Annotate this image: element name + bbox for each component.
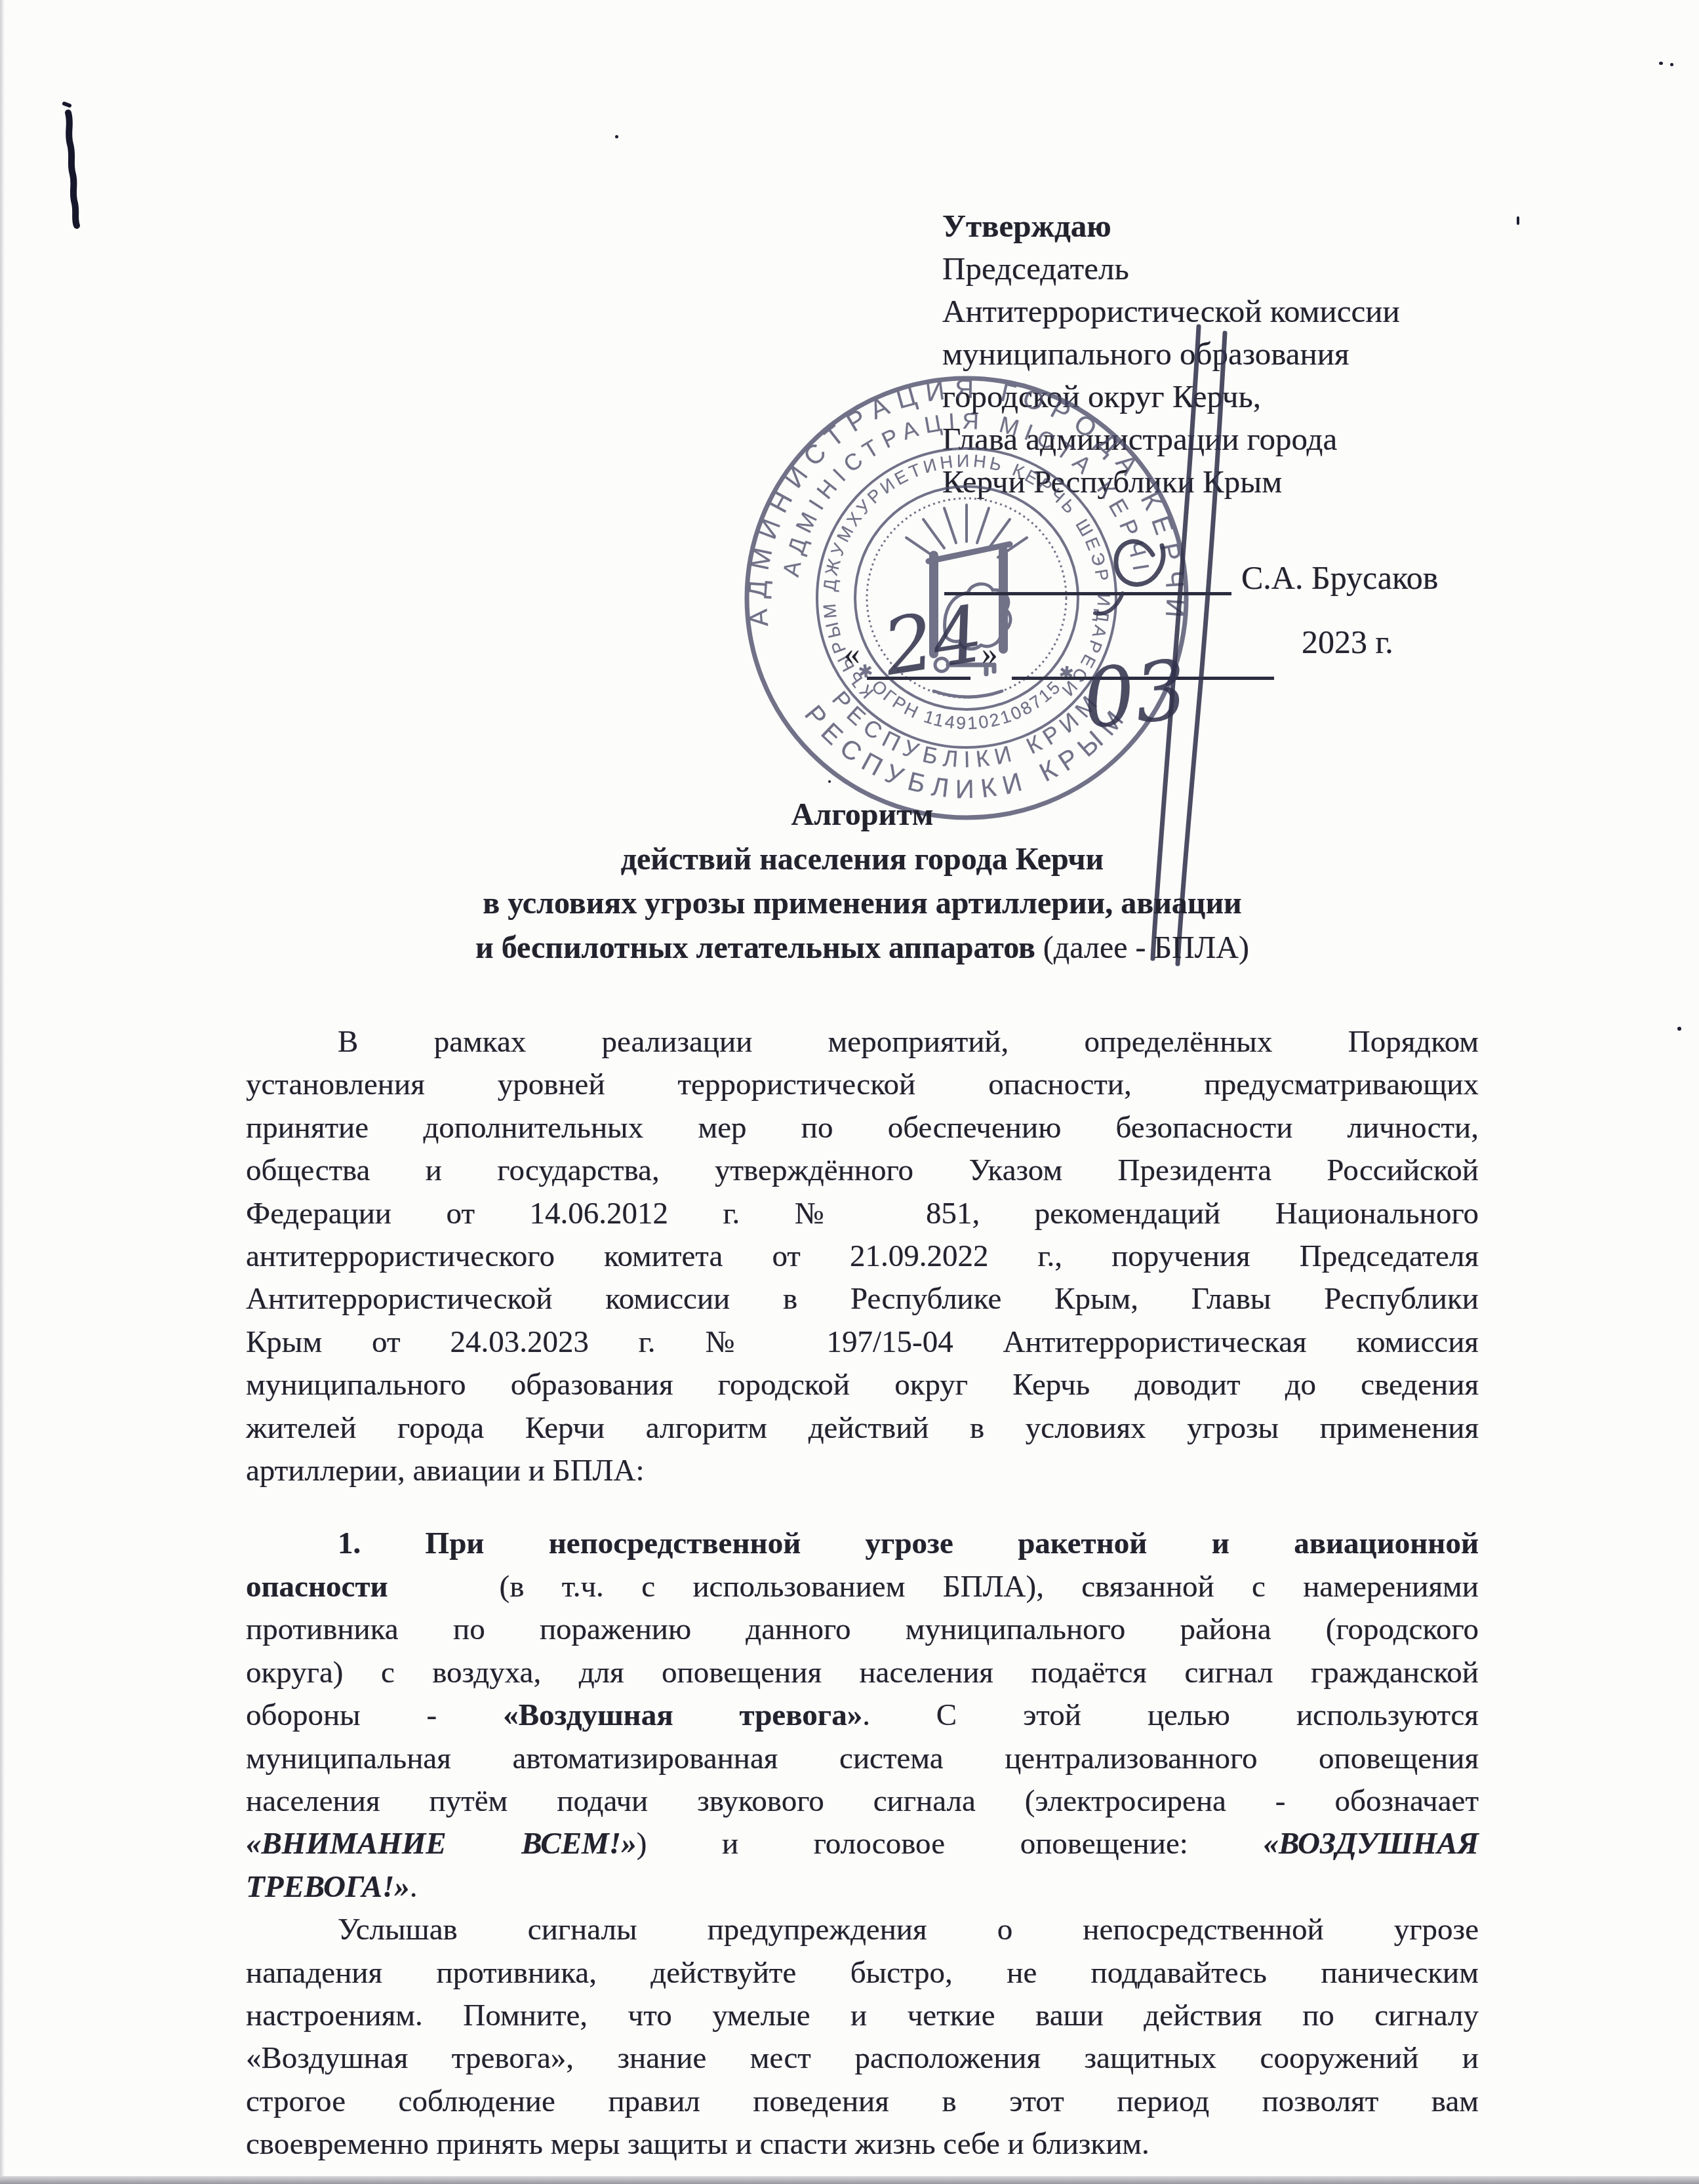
approval-line: Председатель (942, 247, 1532, 290)
scanned-document-page: Утверждаю Председатель Антитеррористичес… (0, 0, 1699, 2184)
text-run: опасности (246, 1570, 388, 1604)
text-run: ) и голосовое оповещение: (637, 1827, 1264, 1861)
handwritten-month: 03 (1079, 643, 1191, 747)
point-1-paragraph-line-9: ТРЕВОГА!». (246, 1866, 1479, 1909)
warning-paragraph-line-4: «Воздушная тревога», знание мест располо… (246, 2037, 1479, 2080)
text-run: нападения противника, действуйте быстро,… (246, 1956, 1479, 1990)
title-line-3: в условиях угрозы применения артиллерии,… (246, 881, 1479, 926)
document-body: В рамках реализации мероприятий, определ… (246, 1021, 1479, 2166)
intro-paragraph-line-4: общества и государства, утверждённого Ук… (246, 1149, 1479, 1192)
text-run: принятие дополнительных мер по обеспечен… (246, 1111, 1479, 1145)
text-run: артиллерии, авиации и БПЛА: (246, 1454, 645, 1488)
warning-paragraph-line-5: строгое соблюдение правил поведения в эт… (246, 2080, 1479, 2123)
noise-speck (1517, 216, 1519, 225)
intro-paragraph-line-2: установления уровней террористической оп… (246, 1063, 1479, 1106)
intro-paragraph-line-7: Антитеррористической комиссии в Республи… (246, 1278, 1479, 1320)
text-run: общества и государства, утверждённого Ук… (246, 1153, 1479, 1187)
intro-paragraph-line-9: муниципального образования городской окр… (246, 1364, 1479, 1406)
text-run: муниципальная автоматизированная система… (246, 1741, 1479, 1776)
text-run: «ВОЗДУШНАЯ (1263, 1827, 1479, 1861)
title-line-4: и беспилотных летательных аппаратов (дал… (246, 926, 1479, 970)
scan-left-edge (0, 0, 5, 2184)
warning-paragraph-line-3: настроениям. Помните, что умелые и четки… (246, 1995, 1479, 2037)
intro-paragraph-line-11: артиллерии, авиации и БПЛА: (246, 1450, 1479, 1492)
emblem-beam (929, 544, 1010, 561)
text-run: жителей города Керчи алгоритм действий в… (246, 1411, 1479, 1445)
intro-paragraph-line-8: Крым от 24.03.2023 г. № 197/15-04 Антите… (246, 1321, 1479, 1364)
text-run: «ВНИМАНИЕ ВСЕМ!» (246, 1827, 637, 1861)
text-run: населения путём подачи звукового сигнала… (246, 1784, 1479, 1818)
text-run: антитеррористического комитета от 21.09.… (246, 1239, 1479, 1273)
signature-underline (944, 592, 1231, 595)
intro-paragraph-line-5: Федерации от 14.06.2012 г. № 851, рекоме… (246, 1193, 1479, 1235)
text-run: Крым от 24.03.2023 г. № 197/15-04 Антите… (246, 1325, 1479, 1359)
approval-line: Антитеррористической комиссии (942, 290, 1532, 332)
text-run: «Воздушная тревога» (503, 1698, 862, 1732)
year-label: 2023 г. (1302, 623, 1393, 661)
text-run: ТРЕВОГА!» (246, 1870, 410, 1904)
point-1-paragraph: 1. При непосредственной угрозе ракетной … (246, 1522, 1479, 1909)
intro-paragraph-line-10: жителей города Керчи алгоритм действий в… (246, 1407, 1479, 1450)
text-run: противника по поражению данного муниципа… (246, 1612, 1479, 1646)
noise-speck (828, 780, 831, 783)
text-run: (в т.ч. с использованием БПЛА), связанно… (500, 1570, 1479, 1604)
noise-speck (1670, 63, 1673, 66)
title-line-4-regular: (далее - БПЛА) (1043, 930, 1249, 965)
text-run: строгое соблюдение правил поведения в эт… (246, 2084, 1479, 2118)
point-1-paragraph-line-5: обороны - «Воздушная тревога». С этой це… (246, 1694, 1479, 1737)
point-1-paragraph-line-1: 1. При непосредственной угрозе ракетной … (246, 1522, 1479, 1565)
text-run: установления уровней террористической оп… (246, 1067, 1479, 1102)
point-1-paragraph-line-6: муниципальная автоматизированная система… (246, 1737, 1479, 1780)
text-run: Федерации от 14.06.2012 г. № 851, рекоме… (246, 1197, 1479, 1231)
intro-paragraph-line-6: антитеррористического комитета от 21.09.… (246, 1235, 1479, 1278)
point-1-paragraph-line-3: противника по поражению данного муниципа… (246, 1608, 1479, 1651)
text-run: Услышав сигналы предупреждения о непосре… (338, 1913, 1479, 1947)
warning-paragraph-line-2: нападения противника, действуйте быстро,… (246, 1952, 1479, 1995)
signee-name: С.А. Брусаков (1241, 559, 1438, 597)
text-run: Антитеррористической комиссии в Республи… (246, 1282, 1479, 1316)
text-run: «Воздушная тревога», знание мест располо… (246, 2041, 1479, 2075)
text-run: настроениям. Помните, что умелые и четки… (246, 1998, 1479, 2033)
point-1-paragraph-line-4: округа) с воздуха, для оповещения населе… (246, 1652, 1479, 1694)
point-1-paragraph-line-2: опасности(в т.ч. с использованием БПЛА),… (246, 1566, 1479, 1608)
point-1-paragraph-line-8: «ВНИМАНИЕ ВСЕМ!») и голосовое оповещение… (246, 1823, 1479, 1865)
approval-line: Утверждаю (942, 205, 1532, 247)
text-run: своевременно принять меры защиты и спаст… (246, 2127, 1149, 2161)
title-line-2: действий населения города Керчи (246, 837, 1479, 882)
text-run: . (410, 1870, 418, 1904)
text-run: В рамках реализации мероприятий, определ… (338, 1025, 1479, 1059)
text-run: округа) с воздуха, для оповещения населе… (246, 1656, 1479, 1690)
document-title: Алгоритм действий населения города Керчи… (246, 793, 1479, 970)
title-line-1: Алгоритм (246, 793, 1479, 837)
intro-paragraph: В рамках реализации мероприятий, определ… (246, 1021, 1479, 1492)
noise-speck (1659, 62, 1663, 65)
warning-paragraph: Услышав сигналы предупреждения о непосре… (246, 1909, 1479, 2166)
date-quote-open: « (844, 635, 860, 672)
intro-paragraph-line-1: В рамках реализации мероприятий, определ… (246, 1021, 1479, 1063)
scan-bottom-edge (0, 2176, 1699, 2184)
title-line-4-bold: и беспилотных летательных аппаратов (475, 930, 1043, 965)
text-run: 1. При непосредственной угрозе ракетной … (338, 1526, 1479, 1560)
scan-scratch-artifact (68, 113, 77, 226)
point-1-paragraph-line-7: населения путём подачи звукового сигнала… (246, 1780, 1479, 1823)
warning-paragraph-line-1: Услышав сигналы предупреждения о непосре… (246, 1909, 1479, 1951)
text-run: обороны - (246, 1698, 503, 1732)
emblem-rays (906, 505, 1027, 557)
handwritten-day: 24 (877, 588, 989, 693)
text-run: . С этой целью используются (862, 1698, 1479, 1732)
noise-speck (615, 135, 618, 138)
scan-dot-artifact (64, 104, 70, 106)
intro-paragraph-line-3: принятие дополнительных мер по обеспечен… (246, 1107, 1479, 1149)
text-run: муниципального образования городской окр… (246, 1368, 1479, 1402)
warning-paragraph-line-6: своевременно принять меры защиты и спаст… (246, 2123, 1479, 2166)
noise-speck (1677, 1027, 1681, 1031)
